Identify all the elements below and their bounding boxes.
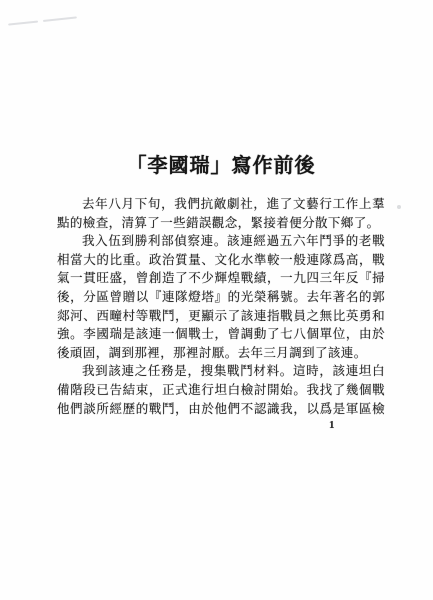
- page-number: 1: [329, 419, 335, 431]
- body-line: 氣一貫旺盛，曾創造了不少輝煌戰績，一九四三年反『掃蕩』: [57, 269, 385, 288]
- body-line: 我到該連之任務是，搜集戰鬥材料。這時，該連坦白運動準: [57, 362, 385, 381]
- body-line: 後頑固，調到那裡，那裡討厭。去年三月調到了該連。: [57, 344, 385, 363]
- scan-watermark: [7, 8, 78, 33]
- body-line: 郯河、西疃村等戰鬥，更顯示了該連指戰員之無比英勇和頑: [57, 307, 385, 326]
- chapter-title: 「李國瑞」寫作前後: [57, 153, 385, 179]
- body-line: 點的檢查，清算了一些錯誤觀念，緊接着便分散下鄉了。: [57, 214, 385, 233]
- watermark-stroke: [43, 17, 77, 23]
- scan-speck: [397, 205, 401, 209]
- paragraph-3: 我到該連之任務是，搜集戰鬥材料。這時，該連坦白運動準 備階段已告結束，正式進行坦…: [57, 362, 385, 418]
- body-line: 我入伍到勝利部偵察連。該連經過五六年鬥爭的老戰士佔: [57, 232, 385, 251]
- body-line: 相當大的比重。政治質量、文化水準較一般連隊爲高，戰鬥士: [57, 251, 385, 270]
- page-content: 「李國瑞」寫作前後 去年八月下旬，我們抗敵劇社，進了文藝行工作上羣衆觀 點的檢查…: [57, 153, 385, 418]
- body-line: 去年八月下旬，我們抗敵劇社，進了文藝行工作上羣衆觀: [57, 195, 385, 214]
- paragraph-1: 去年八月下旬，我們抗敵劇社，進了文藝行工作上羣衆觀 點的檢查，清算了一些錯誤觀念…: [57, 195, 385, 232]
- body-line: 強。李國瑞是該連一個戰士，曾調動了七八個單位，由於其落: [57, 325, 385, 344]
- book-page: 「李國瑞」寫作前後 去年八月下旬，我們抗敵劇社，進了文藝行工作上羣衆觀 點的檢查…: [0, 0, 433, 600]
- body-line: 後，分區曾贈以『連隊燈塔』的光榮稱號。去年著名的郭里集、: [57, 288, 385, 307]
- paragraph-2: 我入伍到勝利部偵察連。該連經過五六年鬥爭的老戰士佔 相當大的比重。政治質量、文化…: [57, 232, 385, 362]
- body-line: 他們談所經歷的戰鬥，由於他們不認識我，以爲是軍區檢查工: [57, 400, 385, 419]
- watermark-stroke: [8, 21, 38, 26]
- body-line: 備階段已告結束，正式進行坦白檢討開始。我找了幾個戰士和: [57, 381, 385, 400]
